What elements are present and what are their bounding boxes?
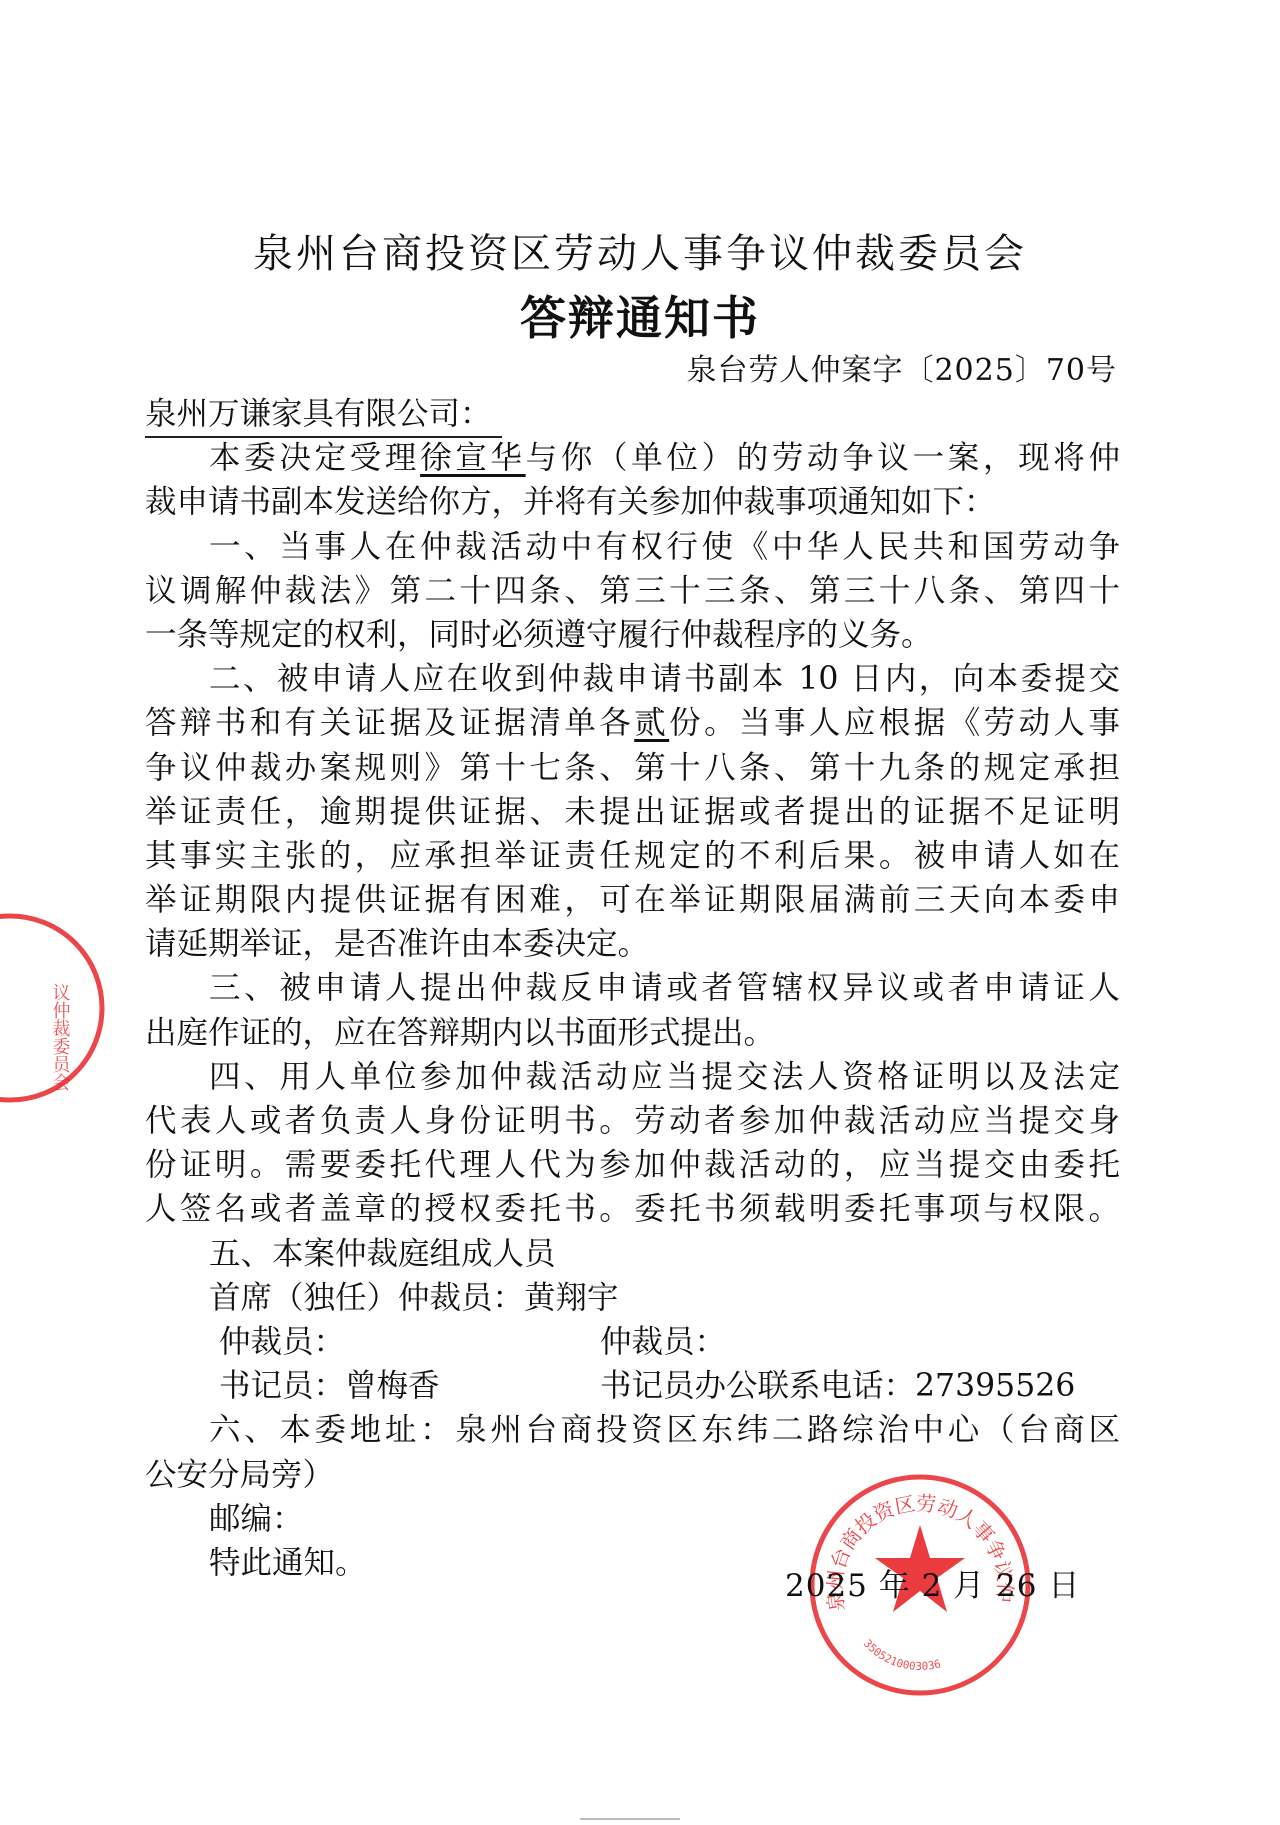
section-2-line: 其事实主张的，应承担举证责任规定的不利后果。被申请人如在 bbox=[145, 834, 1120, 878]
issue-date: 2025 年 2 月 26 日 bbox=[785, 1560, 1080, 1605]
copies-count: 贰 bbox=[634, 705, 669, 741]
intro-line-1: 本委决定受理徐宣华与你（单位）的劳动争议一案，现将仲 bbox=[145, 436, 1120, 480]
section-1-line: 一条等规定的权利，同时必须遵守履行仲裁程序的义务。 bbox=[145, 613, 1120, 657]
section-5-heading: 五、本案仲裁庭组成人员 bbox=[145, 1232, 1120, 1276]
section-3-line: 出庭作证的，应在答辩期内以书面形式提出。 bbox=[145, 1011, 1120, 1055]
clerk: 书记员：曾梅香 bbox=[145, 1364, 600, 1408]
section-4-line: 代表人或者负责人身份证明书。劳动者参加仲裁活动应当提交身 bbox=[145, 1099, 1120, 1143]
chief-arbitrator: 首席（独任）仲裁员：黄翔宇 bbox=[145, 1276, 1120, 1320]
notice-body: 泉州万谦家具有限公司： 本委决定受理徐宣华与你（单位）的劳动争议一案，现将仲 裁… bbox=[145, 392, 1120, 1585]
cross-page-seal: 议仲裁委员会 bbox=[0, 908, 110, 1108]
case-number: 泉台劳人仲案字〔2025〕70号 bbox=[686, 345, 1117, 389]
intro-prefix: 本委决定受理 bbox=[209, 440, 420, 476]
section-2-line: 请延期举证，是否准许由本委决定。 bbox=[145, 922, 1120, 966]
svg-text:3505210003036: 3505210003036 bbox=[861, 1637, 942, 1673]
section-2-line: 二、被申请人应在收到仲裁申请书副本 10 日内，向本委提交 bbox=[145, 657, 1120, 701]
section-1-line: 议调解仲裁法》第二十四条、第三十三条、第三十八条、第四十 bbox=[145, 569, 1120, 613]
intro-suffix: 与你（单位）的劳动争议一案，现将仲 bbox=[526, 440, 1120, 476]
recipient-line: 泉州万谦家具有限公司： bbox=[145, 392, 1120, 436]
scan-artifact bbox=[580, 1818, 680, 1820]
section-6-line: 六、本委地址：泉州台商投资区东纬二路综治中心（台商区 bbox=[145, 1408, 1120, 1452]
section-2-text: 答辩书和有关证据及证据清单各 bbox=[145, 705, 634, 741]
section-4-line: 份证明。需要委托代理人代为参加仲裁活动的，应当提交由委托 bbox=[145, 1143, 1120, 1187]
clerk-row: 书记员：曾梅香 书记员办公联系电话：27395526 bbox=[145, 1364, 1120, 1408]
section-2-text: 份。当事人应根据《劳动人事 bbox=[669, 705, 1120, 741]
section-4-line: 四、用人单位参加仲裁活动应当提交法人资格证明以及法定 bbox=[145, 1055, 1120, 1099]
organization-heading: 泉州台商投资区劳动人事争议仲裁委员会 bbox=[0, 222, 1280, 279]
arbitrators-row: 仲裁员： 仲裁员： bbox=[145, 1320, 1120, 1364]
section-1-line: 一、当事人在仲裁活动中有权行使《中华人民共和国劳动争 bbox=[145, 525, 1120, 569]
section-2-line: 举证责任，逾期提供证据、未提出证据或者提出的证据不足证明 bbox=[145, 790, 1120, 834]
section-2-line: 争议仲裁办案规则》第十七条、第十八条、第十九条的规定承担 bbox=[145, 746, 1120, 790]
arbitrator-1: 仲裁员： bbox=[145, 1320, 600, 1364]
clerk-phone: 书记员办公联系电话：27395526 bbox=[600, 1364, 1075, 1408]
applicant-name: 徐宣华 bbox=[420, 440, 526, 476]
section-3-line: 三、被申请人提出仲裁反申请或者管辖权异议或者申请证人 bbox=[145, 966, 1120, 1010]
document-title: 答辩通知书 bbox=[0, 282, 1280, 348]
notice-page: 泉州台商投资区劳动人事争议仲裁委员会 答辩通知书 泉台劳人仲案字〔2025〕70… bbox=[0, 0, 1280, 1825]
svg-text:议仲裁委员会: 议仲裁委员会 bbox=[50, 983, 71, 1092]
arbitrator-2: 仲裁员： bbox=[600, 1320, 726, 1364]
intro-line-2: 裁申请书副本发送给你方，并将有关参加仲裁事项通知如下： bbox=[145, 480, 1120, 524]
section-2-line: 答辩书和有关证据及证据清单各贰份。当事人应根据《劳动人事 bbox=[145, 701, 1120, 745]
section-2-line: 举证期限内提供证据有困难，可在举证期限届满前三天向本委申 bbox=[145, 878, 1120, 922]
section-4-line: 人签名或者盖章的授权委托书。委托书须载明委托事项与权限。 bbox=[145, 1187, 1120, 1231]
recipient: 泉州万谦家具有限公司： bbox=[145, 392, 502, 438]
